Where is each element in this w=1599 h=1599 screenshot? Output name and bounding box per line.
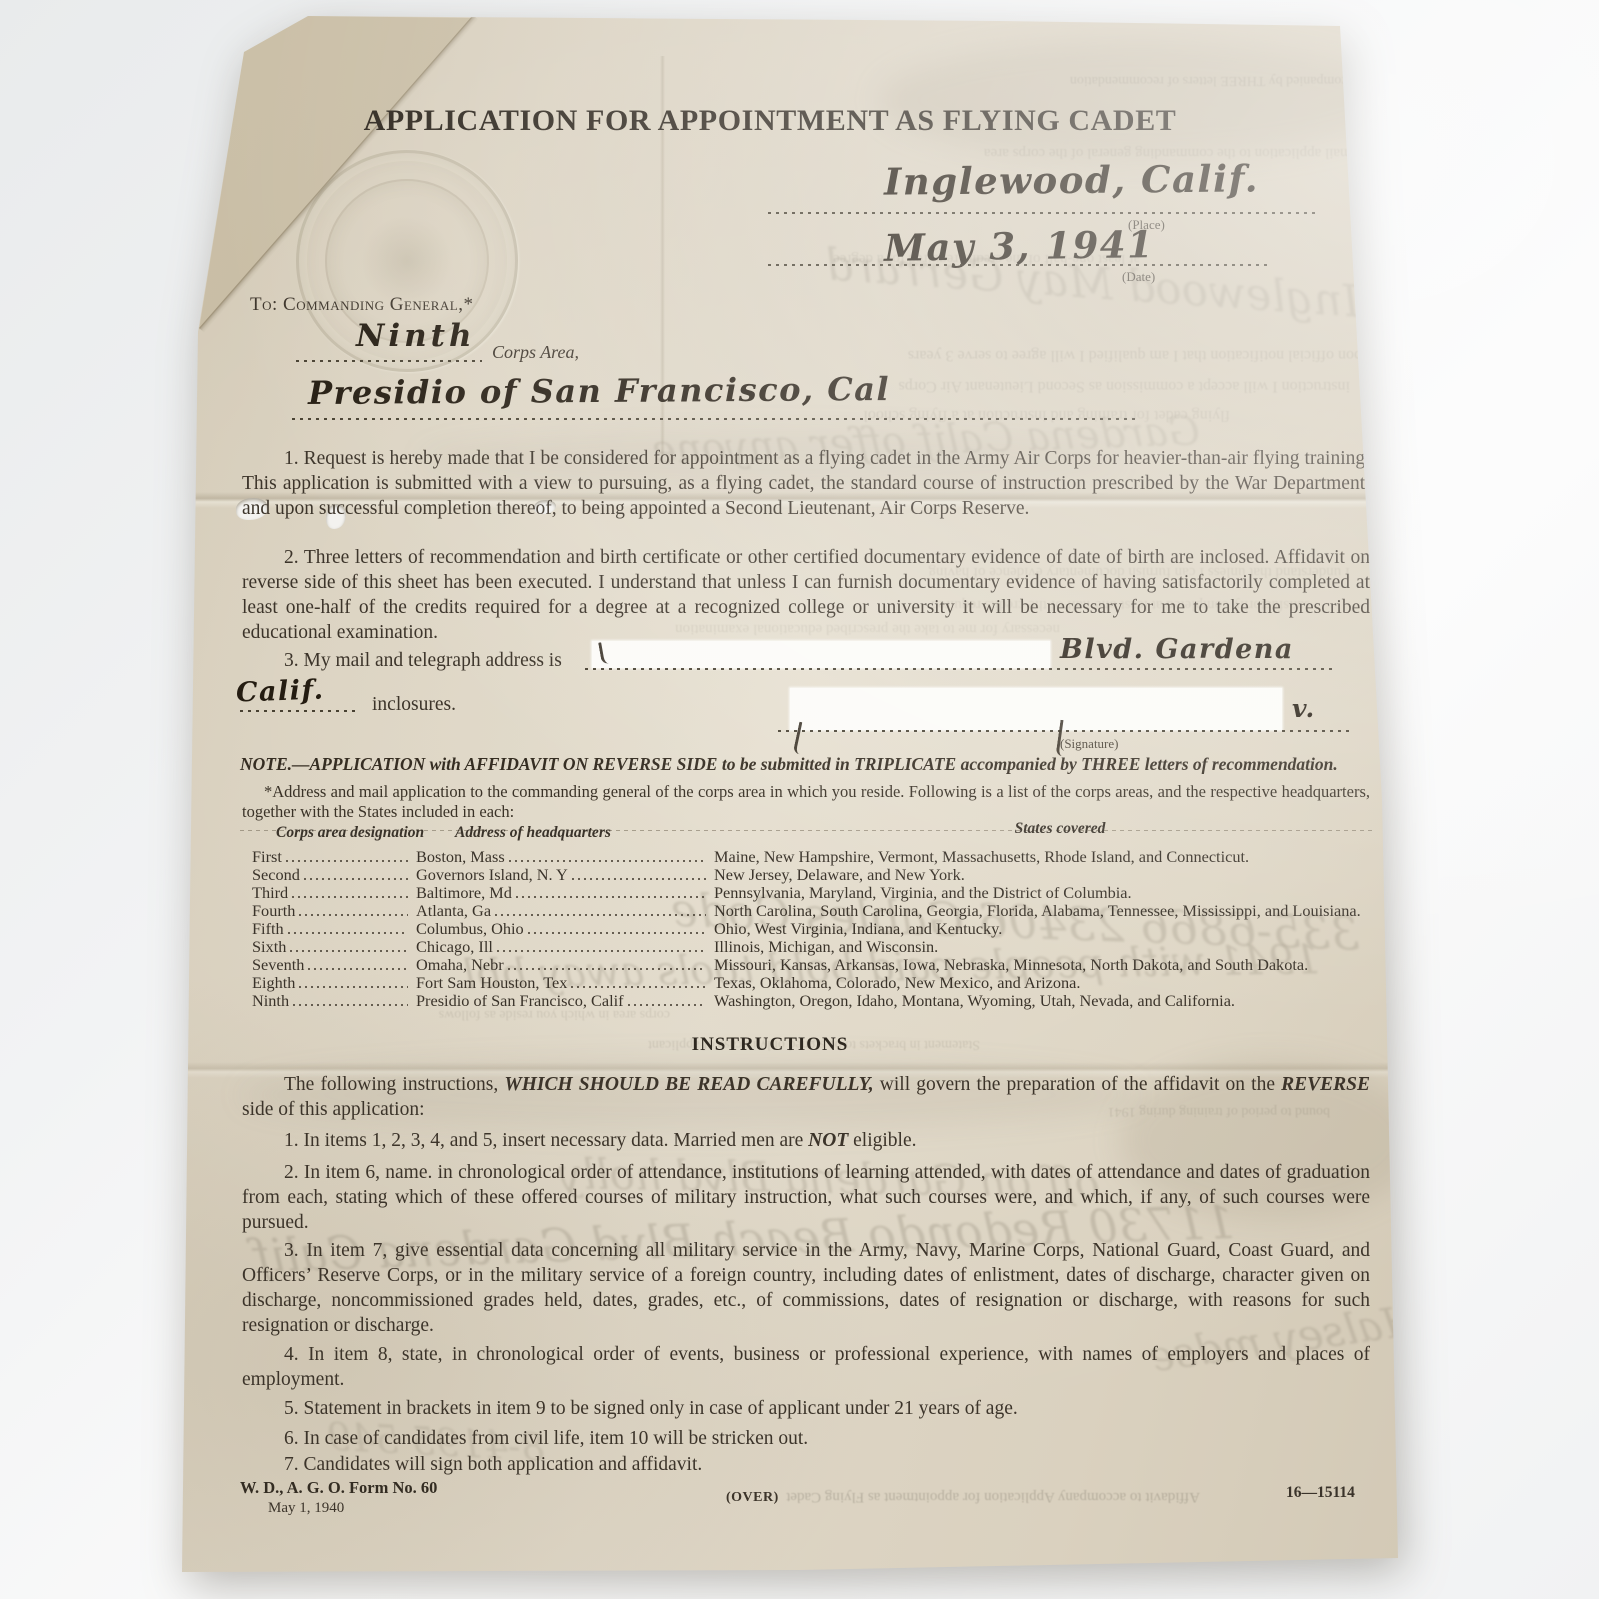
- table-row: FifthColumbus, OhioOhio, West Virginia, …: [252, 920, 1370, 937]
- corps-designation: Fifth: [252, 920, 284, 937]
- paragraph-1: 1. Request is hereby made that I be cons…: [242, 446, 1370, 521]
- leader-dots: [528, 932, 706, 934]
- corps-states-covered: Ohio, West Virginia, Indiana, and Kentuc…: [714, 920, 1370, 937]
- intro-emph2: REVERSE: [1281, 1074, 1370, 1095]
- corps-designation: Ninth: [252, 992, 289, 1009]
- corps-designation: Second: [252, 866, 300, 883]
- corps-hq-address: Governors Island, N. Y: [416, 866, 568, 883]
- instruction-item-6: 6. In case of candidates from civil life…: [242, 1426, 1370, 1451]
- corps-states-covered: North Carolina, South Carolina, Georgia,…: [714, 902, 1370, 919]
- table-header-designation: Corps area designation: [276, 824, 424, 842]
- leader-dots: [495, 914, 706, 916]
- age-stain: [880, 40, 1400, 160]
- corps-designation: Fourth: [252, 902, 295, 919]
- signature-label: (Signature): [1060, 736, 1118, 752]
- item3-prefix: 3. My mail and telegraph address is: [242, 650, 562, 672]
- photo-background: accompanied by THREE letters of recommen…: [0, 0, 1599, 1599]
- table-row: SixthChicago, IllIllinois, Michigan, and…: [252, 938, 1370, 955]
- instruction-item-5: 5. Statement in brackets in item 9 to be…: [242, 1396, 1370, 1421]
- headquarters-line: [292, 418, 1140, 420]
- instruction-item-7: 7. Candidates will sign both application…: [242, 1452, 1370, 1477]
- table-row: SeventhOmaha, NebrMissouri, Kansas, Arka…: [252, 956, 1370, 973]
- note-line: NOTE.—APPLICATION with AFFIDAVIT ON REVE…: [240, 754, 1372, 775]
- instructions-heading: INSTRUCTIONS: [350, 1034, 1190, 1056]
- signature-line: [778, 730, 1354, 732]
- corps-hq-address: Presidio of San Francisco, Calif: [416, 992, 624, 1009]
- instruction-item-3: 3. In item 7, give essential data concer…: [242, 1238, 1370, 1338]
- corps-states-covered: Pennsylvania, Maryland, Virginia, and th…: [714, 884, 1370, 901]
- address-handwritten: Blvd. Gardena: [1060, 634, 1294, 665]
- corps-hq-address: Atlanta, Ga: [416, 902, 491, 919]
- form-paper: accompanied by THREE letters of recommen…: [0, 0, 1599, 1599]
- leader-dots: [290, 950, 408, 952]
- corps-area-suffix: Corps Area,: [492, 342, 579, 363]
- intro-pre: The following instructions,: [284, 1074, 504, 1095]
- leader-dots: [292, 896, 408, 898]
- footer-form-date: May 1, 1940: [268, 1500, 344, 1517]
- document-photo: accompanied by THREE letters of recommen…: [0, 0, 1599, 1599]
- intro-post: side of this application:: [242, 1099, 425, 1120]
- to-line: To: Commanding General,*: [250, 294, 473, 316]
- table-row: FourthAtlanta, GaNorth Carolina, South C…: [252, 902, 1370, 919]
- table-header-address: Address of headquarters: [455, 824, 611, 842]
- leader-dots: [572, 878, 706, 880]
- inclosures-label: inclosures.: [372, 694, 456, 716]
- redaction-box-address: [592, 641, 1050, 668]
- signature-visible-mark: v.: [1292, 694, 1316, 723]
- item1-pre: 1. In items 1, 2, 3, 4, and 5, insert ne…: [284, 1130, 808, 1151]
- footnote: *Address and mail application to the com…: [242, 782, 1370, 822]
- footer-over: (OVER): [726, 1490, 779, 1506]
- corps-hq-address: Baltimore, Md: [416, 884, 512, 901]
- leader-dots: [571, 986, 706, 988]
- place-handwritten: Inglewood, Calif.: [884, 156, 1259, 203]
- footer-form-number: W. D., A. G. O. Form No. 60: [240, 1478, 437, 1498]
- leader-dots: [286, 860, 408, 862]
- address-line: [585, 668, 1333, 670]
- corps-designation: Third: [252, 884, 288, 901]
- leader-dots: [304, 878, 408, 880]
- corps-hq-address: Boston, Mass: [416, 848, 505, 865]
- corps-designation: Sixth: [252, 938, 286, 955]
- corps-states-covered: Missouri, Kansas, Arkansas, Iowa, Nebras…: [714, 956, 1370, 973]
- leader-dots: [308, 968, 408, 970]
- leader-dots: [508, 968, 706, 970]
- table-row: EighthFort Sam Houston, TexTexas, Oklaho…: [252, 974, 1370, 991]
- date-handwritten: May 3, 1941: [884, 222, 1155, 270]
- leader-dots: [288, 932, 408, 934]
- corps-states-covered: Maine, New Hampshire, Vermont, Massachus…: [714, 848, 1370, 865]
- corps-states-covered: Illinois, Michigan, and Wisconsin.: [714, 938, 1370, 955]
- paragraph-2: 2. Three letters of recommendation and b…: [242, 545, 1370, 645]
- corps-area-table: FirstBoston, MassMaine, New Hampshire, V…: [252, 848, 1370, 1010]
- bleedthrough-text: Affidavit to accompany Application for a…: [430, 1488, 1200, 1505]
- redaction-box-signature: [790, 688, 1282, 730]
- leader-dots: [299, 986, 408, 988]
- leader-dots: [516, 896, 706, 898]
- corps-designation: Eighth: [252, 974, 295, 991]
- leader-dots: [509, 860, 706, 862]
- headquarters-handwritten: Presidio of San Francisco, Cal: [308, 370, 890, 412]
- inclosures-line: [240, 710, 360, 712]
- leader-dots: [293, 1004, 408, 1006]
- intro-emph1: WHICH SHOULD BE READ CAREFULLY,: [504, 1074, 873, 1095]
- table-row: SecondGovernors Island, N. YNew Jersey, …: [252, 866, 1370, 883]
- item1-post: eligible.: [848, 1130, 916, 1151]
- corps-states-covered: Washington, Oregon, Idaho, Montana, Wyom…: [714, 992, 1370, 1009]
- corps-hq-address: Chicago, Ill: [416, 938, 493, 955]
- intro-mid: will govern the preparation of the affid…: [874, 1074, 1281, 1095]
- table-row: FirstBoston, MassMaine, New Hampshire, V…: [252, 848, 1370, 865]
- leader-dots: [497, 950, 706, 952]
- corps-area-line: [296, 360, 482, 362]
- leader-dots: [628, 1004, 706, 1006]
- place-line: [768, 212, 1320, 214]
- corps-hq-address: Fort Sam Houston, Tex: [416, 974, 567, 991]
- item1-emph: NOT: [808, 1130, 848, 1151]
- leader-dots: [299, 914, 408, 916]
- form-title: APPLICATION FOR APPOINTMENT AS FLYING CA…: [350, 104, 1190, 138]
- table-row: ThirdBaltimore, MdPennsylvania, Maryland…: [252, 884, 1370, 901]
- table-row: NinthPresidio of San Francisco, CalifWas…: [252, 992, 1370, 1009]
- corps-designation: First: [252, 848, 282, 865]
- corps-hq-address: Omaha, Nebr: [416, 956, 504, 973]
- corps-states-covered: New Jersey, Delaware, and New York.: [714, 866, 1370, 883]
- inclosures-handwritten: Calif.: [235, 674, 325, 708]
- date-line: [768, 264, 1268, 266]
- corps-states-covered: Texas, Oklahoma, Colorado, New Mexico, a…: [714, 974, 1370, 991]
- corps-area-handwritten: Ninth: [356, 318, 476, 354]
- table-header-states: States covered: [940, 820, 1180, 838]
- instruction-item-4: 4. In item 8, state, in chronological or…: [242, 1342, 1370, 1392]
- corps-designation: Seventh: [252, 956, 304, 973]
- corps-hq-address: Columbus, Ohio: [416, 920, 524, 937]
- instruction-item-1: 1. In items 1, 2, 3, 4, and 5, insert ne…: [242, 1128, 1370, 1153]
- instructions-intro: The following instructions, WHICH SHOULD…: [242, 1072, 1370, 1122]
- footer-print-code: 16—15114: [1286, 1484, 1355, 1502]
- date-label: (Date): [1122, 269, 1155, 285]
- instruction-item-2: 2. In item 6, name. in chronological ord…: [242, 1160, 1370, 1235]
